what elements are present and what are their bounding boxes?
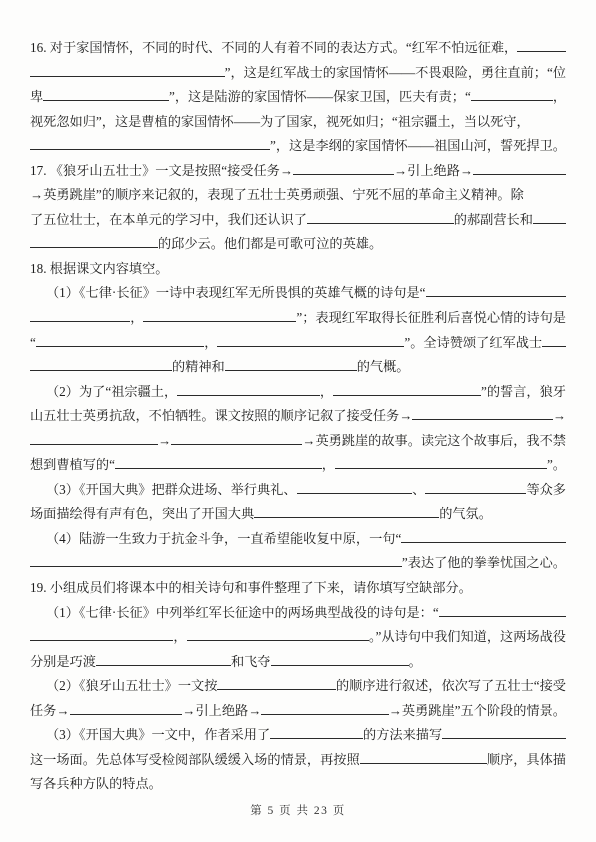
text-line: ，”；表现红军取得长征胜利后喜悦心情的诗句是 <box>30 307 566 332</box>
blank-underline <box>360 763 487 764</box>
text-line: （2）为了“祖宗疆土，，”的誓言，狼牙 <box>30 381 566 406</box>
blank-underline <box>307 223 454 224</box>
text-run: 了五位壮士，在本单元的学习中，我们还认识了 <box>30 209 307 228</box>
text-run: →英勇跳崖”的顺序来记叙的，表现了五壮士英勇顽强、宁死不屈的革命主义精神。除 <box>30 184 524 203</box>
text-run: 的顺序进行叙述，依次写了五壮士“接受 <box>336 675 566 694</box>
blank-underline <box>143 321 296 322</box>
text-line: （4）陆游一生致力于抗金斗争，一直希望能收复中原，一句“ <box>30 528 566 553</box>
blank-underline <box>473 174 566 175</box>
text-run: “ <box>30 335 36 351</box>
text-run: 写各兵种方队的特点。 <box>30 773 162 792</box>
text-run: ， <box>320 381 333 400</box>
text-run: → <box>553 408 566 424</box>
text-run: （1）《七律·长征》一诗中表现红军无所畏惧的英雄气概的诗句是“ <box>46 282 426 301</box>
text-line: （2）《狼牙山五壮士》一文按的顺序进行叙述，依次写了五壮士“接受 <box>30 675 566 700</box>
text-run: ”，这是李纲的家国情怀——祖国山河，誓死捍卫。 <box>270 135 566 154</box>
blank-underline <box>471 100 553 101</box>
blank-underline <box>36 346 204 347</box>
blank-underline <box>43 100 169 101</box>
text-run: 的郝副营长和 <box>454 209 533 228</box>
text-line: →英勇跳崖”的顺序来记叙的，表现了五壮士英勇顽强、宁死不屈的革命主义精神。除 <box>30 184 566 209</box>
text-line: （3）《开国大典》一文中，作者采用了的方法来描写 <box>30 724 566 749</box>
text-run: 的气概。 <box>357 356 410 375</box>
blank-underline <box>30 247 158 248</box>
blank-underline <box>261 714 388 715</box>
text-run: 场面描绘得有声有色，突出了开国大典 <box>30 503 254 522</box>
blank-underline <box>217 346 404 347</box>
blank-underline <box>401 542 566 543</box>
text-line: 这一场面。先总体写受检阅部队缓缓入场的情景，再按照顺序，具体描 <box>30 749 566 774</box>
blank-underline <box>271 665 409 666</box>
blank-underline <box>30 321 130 322</box>
text-run: 卑 <box>30 86 43 105</box>
text-line: 的邱少云。他们都是可歌可泣的英雄。 <box>30 233 566 258</box>
text-line: 了五位壮士，在本单元的学习中，我们还认识了的郝副营长和 <box>30 209 566 234</box>
text-run: →引上绝路→ <box>394 160 473 179</box>
text-run: ， <box>130 307 143 326</box>
text-run: 这一场面。先总体写受检阅部队缓缓入场的情景，再按照 <box>30 749 360 768</box>
text-run: 顺序，具体描 <box>487 749 566 768</box>
text-run: 任务→ <box>30 700 70 719</box>
text-line: 17. 《狼牙山五壮士》一文是按照“接受任务→→引上绝路→ <box>30 160 566 185</box>
text-line: ，。”从诗句中我们知道，这两场战役 <box>30 626 566 651</box>
text-run: ， <box>204 332 217 351</box>
text-run: →引上绝路→ <box>182 700 261 719</box>
text-run: 的气氛。 <box>439 503 492 522</box>
blank-underline <box>96 665 231 666</box>
text-line: ”，这是李纲的家国情怀——祖国山河，誓死捍卫。 <box>30 135 566 160</box>
text-run: ”。全诗赞颂了红军战士 <box>404 332 542 351</box>
text-run: 视死忽如归”，这是曹植的家国情怀——为了国家，视死如归；“祖宗疆土，当以死守， <box>30 111 530 130</box>
text-run: （3）《开国大典》把群众进场、举行典礼、 <box>46 479 297 498</box>
blank-underline <box>293 174 394 175</box>
text-run: 的方法来描写 <box>363 724 442 743</box>
text-line: 视死忽如归”，这是曹植的家国情怀——为了国家，视死如归；“祖宗疆土，当以死守， <box>30 111 566 136</box>
text-run: ”。 <box>547 454 566 473</box>
text-run: 。 <box>409 651 422 670</box>
text-run: 山五壮士英勇抗敌，不怕牺牲。课文按照的顺序记叙了接受任务→ <box>30 405 412 424</box>
blank-underline <box>533 223 566 224</box>
blank-underline <box>177 395 320 396</box>
blank-underline <box>517 51 566 52</box>
text-run: ”，这是陆游的家国情怀——保家卫国，匹夫有责；“ <box>169 86 471 105</box>
text-run: 、 <box>412 479 425 498</box>
text-run: ”表达了他的拳拳忧国之心。 <box>402 552 566 571</box>
text-run: （1）《七律·长征》中列举红军长征途中的两场典型战役的诗句是：“ <box>46 602 439 621</box>
text-line: 16. 对于家国情怀，不同的时代、不同的人有着不同的表达方式。“红军不怕远征难， <box>30 37 566 62</box>
text-line: 卑”，这是陆游的家国情怀——保家卫国，匹夫有责；“， <box>30 86 566 111</box>
text-run: 和飞夺 <box>231 651 271 670</box>
text-run: ”；表现红军取得长征胜利后喜悦心情的诗句是 <box>296 307 566 326</box>
text-run: （2）《狼牙山五壮士》一文按 <box>46 675 217 694</box>
text-run: 分别是巧渡 <box>30 651 96 670</box>
text-run: 等众多 <box>526 479 566 498</box>
text-run: 的邱少云。他们都是可歌可泣的英雄。 <box>158 233 382 252</box>
blank-underline <box>70 714 183 715</box>
blank-underline <box>30 444 158 445</box>
text-run: （3）《开国大典》一文中，作者采用了 <box>46 724 270 743</box>
text-line: （1）《七律·长征》中列举红军长征途中的两场典型战役的诗句是：“ <box>30 602 566 627</box>
text-run: ， <box>322 454 335 473</box>
text-run: 16. 对于家国情怀，不同的时代、不同的人有着不同的表达方式。“红军不怕远征难， <box>30 37 517 56</box>
text-run: 想到曹植写的“ <box>30 454 115 473</box>
text-line: 19. 小组成员们将课本中的相关诗句和事件整理了下来，请你填写空缺部分。 <box>30 577 566 602</box>
text-run: ， <box>173 626 186 645</box>
blank-underline <box>30 149 270 150</box>
text-run: 17. 《狼牙山五壮士》一文是按照“接受任务→ <box>30 160 293 179</box>
text-line: （1）《七律·长征》一诗中表现红军无所畏惧的英雄气概的诗句是“ <box>30 282 566 307</box>
blank-underline <box>442 738 566 739</box>
blank-underline <box>254 517 439 518</box>
text-run: → <box>158 433 171 449</box>
text-line: 写各兵种方队的特点。 <box>30 773 566 798</box>
text-run: 19. 小组成员们将课本中的相关诗句和事件整理了下来，请你填写空缺部分。 <box>30 577 472 596</box>
text-run: ”的誓言，狼牙 <box>481 381 566 400</box>
text-run: 。”从诗句中我们知道，这两场战役 <box>369 626 566 645</box>
blank-underline <box>30 76 225 77</box>
text-line: 想到曹植写的“，”。 <box>30 454 566 479</box>
text-line: 场面描绘得有声有色，突出了开国大典的气氛。 <box>30 503 566 528</box>
text-line: 分别是巧渡和飞夺。 <box>30 651 566 676</box>
text-run: ， <box>553 86 566 105</box>
blank-underline <box>217 689 336 690</box>
blank-underline <box>426 296 567 297</box>
blank-underline <box>297 493 413 494</box>
text-line: 的精神和的气概。 <box>30 356 566 381</box>
text-run: →英勇跳崖的故事。读完这个故事后，我不禁 <box>302 430 566 449</box>
blank-underline <box>270 738 363 739</box>
blank-underline <box>171 444 302 445</box>
blank-underline <box>425 493 526 494</box>
text-run: （4）陆游一生致力于抗金斗争，一直希望能收复中原，一句“ <box>46 528 401 547</box>
document-body: 16. 对于家国情怀，不同的时代、不同的人有着不同的表达方式。“红军不怕远征难，… <box>30 37 566 798</box>
blank-underline <box>333 395 481 396</box>
blank-underline <box>115 468 322 469</box>
text-line: ”，这是红军战士的家国情怀——不畏艰险，勇往直前；“位 <box>30 62 566 87</box>
text-line: ”表达了他的拳拳忧国之心。 <box>30 552 566 577</box>
text-run: （2）为了“祖宗疆土， <box>46 381 177 400</box>
blank-underline <box>542 346 566 347</box>
text-run: 的精神和 <box>172 356 225 375</box>
page-footer: 第 5 页 共 23 页 <box>30 802 566 818</box>
blank-underline <box>335 468 547 469</box>
blank-underline <box>187 640 369 641</box>
text-line: →→英勇跳崖的故事。读完这个故事后，我不禁 <box>30 430 566 455</box>
blank-underline <box>30 566 402 567</box>
blank-underline <box>439 616 566 617</box>
worksheet-page: 16. 对于家国情怀，不同的时代、不同的人有着不同的表达方式。“红军不怕远征难，… <box>0 0 596 842</box>
blank-underline <box>30 640 173 641</box>
text-line: 山五壮士英勇抗敌，不怕牺牲。课文按照的顺序记叙了接受任务→→ <box>30 405 566 430</box>
blank-underline <box>225 370 357 371</box>
text-line: “，”。全诗赞颂了红军战士 <box>30 332 566 357</box>
text-run: ”，这是红军战士的家国情怀——不畏艰险，勇往直前；“位 <box>225 62 566 81</box>
text-run: 18. 根据课文内容填空。 <box>30 258 168 277</box>
blank-underline <box>30 370 172 371</box>
text-line: 任务→→引上绝路→→英勇跳崖”五个阶段的情景。 <box>30 700 566 725</box>
text-line: 18. 根据课文内容填空。 <box>30 258 566 283</box>
text-line: （3）《开国大典》把群众进场、举行典礼、、等众多 <box>30 479 566 504</box>
blank-underline <box>412 419 552 420</box>
text-run: →英勇跳崖”五个阶段的情景。 <box>389 700 566 719</box>
